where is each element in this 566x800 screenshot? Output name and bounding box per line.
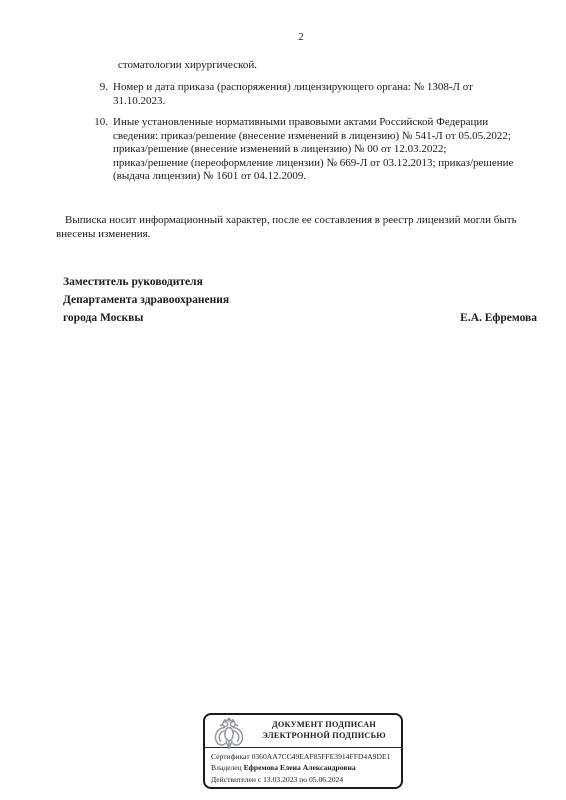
note-line: Выписка носит информационный характер, п… — [56, 213, 548, 227]
electronic-signature-stamp: ДОКУМЕНТ ПОДПИСАН ЭЛЕКТРОННОЙ ПОДПИСЬЮ С… — [203, 713, 403, 789]
validity-row: Действителен с 13.03.2023 по 05.06.2024 — [211, 774, 395, 785]
stamp-title-line: ДОКУМЕНТ ПОДПИСАН — [247, 720, 401, 731]
signatory-position-line: Заместитель руководителя — [63, 273, 537, 291]
signature-row: города Москвы Е.А. Ефремова — [63, 309, 537, 327]
item-line: приказ/решение (переоформление лицензии)… — [113, 157, 543, 171]
owner-name: Ефремова Елена Александровна — [244, 763, 356, 772]
signatory-position-line: Департамента здравоохранения — [63, 291, 537, 309]
signatory-position-line: города Москвы — [63, 309, 143, 327]
stamp-title: ДОКУМЕНТ ПОДПИСАН ЭЛЕКТРОННОЙ ПОДПИСЬЮ — [247, 715, 401, 741]
stamp-title-line: ЭЛЕКТРОННОЙ ПОДПИСЬЮ — [247, 731, 401, 742]
item-number: 9. — [100, 81, 108, 95]
item-line: приказ/решение (внесение изменений в лиц… — [113, 143, 543, 157]
note-line: внесены изменения. — [56, 227, 548, 241]
certificate-label: Сертификат — [211, 752, 250, 761]
owner-label: Владелец — [211, 763, 242, 772]
stamp-details: Сертификат 0360AA7CC49EAF85FFE3914FFD4A9… — [205, 748, 401, 785]
document-page: 2 стоматологии хирургической. 9. Номер и… — [0, 0, 566, 800]
item-line: 31.10.2023. — [113, 95, 543, 109]
info-note: Выписка носит информационный характер, п… — [56, 213, 548, 241]
list-item: 9. Номер и дата приказа (распоряжения) л… — [113, 81, 543, 108]
item-line: Иные установленные нормативными правовым… — [113, 116, 543, 130]
certificate-value: 0360AA7CC49EAF85FFE3914FFD4A9DE1 — [252, 752, 391, 761]
russian-coat-of-arms-icon — [211, 717, 247, 754]
signatory-name: Е.А. Ефремова — [460, 309, 537, 327]
page-number: 2 — [65, 31, 537, 43]
owner-row: Владелец Ефремова Елена Александровна — [211, 762, 395, 773]
signature-block: Заместитель руководителя Департамента зд… — [63, 273, 537, 327]
stamp-header: ДОКУМЕНТ ПОДПИСАН ЭЛЕКТРОННОЙ ПОДПИСЬЮ — [205, 715, 401, 747]
item-line: Номер и дата приказа (распоряжения) лице… — [113, 81, 543, 95]
item-number: 10. — [94, 116, 108, 130]
certificate-row: Сертификат 0360AA7CC49EAF85FFE3914FFD4A9… — [211, 751, 395, 762]
continuation-text: стоматологии хирургической. — [118, 59, 257, 73]
item-line: (выдача лицензии) № 1601 от 04.12.2009. — [113, 170, 543, 184]
item-line: сведения: приказ/решение (внесение измен… — [113, 130, 543, 144]
list-item: 10. Иные установленные нормативными прав… — [113, 116, 543, 184]
